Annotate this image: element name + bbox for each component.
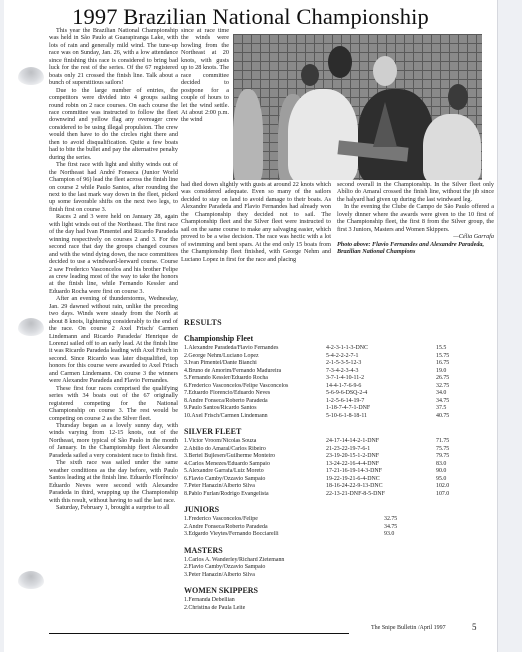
table-row: 5.Fernando Kessler/Eduardo Rocha3-7-1-4-… [184, 375, 504, 383]
binder-hole [18, 571, 44, 589]
article-paragraph: This year the Brazilian National Champio… [49, 27, 178, 87]
table-row: 6.Flavio Camby/Ozzavio Sampaio19-22-19-2… [184, 476, 504, 484]
footer-rule [49, 633, 349, 634]
table-row: 8.Andre Fonseca/Roberto Paradeda1-2-5-6-… [184, 398, 504, 406]
table-row: 7.Eduardo Florencio/Eduardo Neves5-6-9-6… [184, 390, 504, 398]
champion-figure-left [288, 89, 358, 180]
article-column-1: This year the Brazilian National Champio… [49, 27, 178, 511]
table-row: 3.Ivan Pimentel/Dante Bianchi2-1-5-3-5-1… [184, 360, 504, 368]
results-section: RESULTS Championship Fleet 1.Alexandre P… [184, 318, 504, 612]
person-figure [423, 114, 481, 180]
silver-fleet-heading: SILVER FLEET [184, 427, 504, 436]
article-paragraph: Saturday, February 1, brought a surprise… [49, 504, 178, 511]
table-row: 1.Victor Vroom/Nicolas Souza24-17-14-14-… [184, 438, 504, 446]
article-paragraph: second overall in the Championship. In t… [337, 181, 494, 203]
table-row: 8.Pablo Furlan/Rodrigo Evangelista22-13-… [184, 491, 504, 499]
masters-heading: MASTERS [184, 546, 504, 555]
table-row: 4.Bruno de Amorim/Fernando Madureira7-3-… [184, 368, 504, 376]
photo-caption: Photo above: Flavio Fernandes and Alexan… [337, 241, 494, 256]
article-paragraph: Due to the large number of entries, the … [49, 87, 178, 162]
table-row: 2.Andre Fonseca/Roberto Paradeda34.75 [184, 524, 504, 532]
table-row: 9.Paulo Santos/Ricardo Santos1-18-7-4-7-… [184, 405, 504, 413]
binder-hole [18, 67, 44, 85]
table-row: 3.Bertel Bujlesen/Guilherme Monteiro23-1… [184, 453, 504, 461]
juniors-heading: JUNIORS [184, 505, 504, 514]
person-figure [233, 89, 263, 180]
table-row: 3.Edgardo Vieytes/Fernando Bocciarelli93… [184, 531, 504, 539]
person-head [328, 46, 352, 78]
trophy-sail [373, 102, 397, 147]
table-row: 2.Abilio do Amaral/Carlos Ribeiro21-23-2… [184, 446, 504, 454]
women-skippers-table: 1.Fernanda Debellian 2.Christina de Paul… [184, 597, 504, 612]
table-row: 7.Peter Hanazin/Alberto Silva18-16-24-22… [184, 483, 504, 491]
person-head [301, 64, 319, 86]
table-row: 6.Frederico Vasconcelos/Felipe Vasconcel… [184, 383, 504, 391]
table-row: 1.Alexandre Paradeda/Flavio Fernandes4-2… [184, 345, 504, 353]
table-row: 1.Carlos A. Wanderley/Richard Zietemann [184, 557, 504, 565]
document-page: 1997 Brazilian National Championship Thi… [4, 0, 498, 652]
article-paragraph: The sixth race was sailed under the same… [49, 459, 178, 504]
article-paragraph: Thursday began as a lovely sunny day, wi… [49, 422, 178, 459]
article-column-2: had died down slightly with gusts at aro… [181, 181, 331, 263]
table-row: 1.Frederico Vasconcelos/Felipe32.75 [184, 516, 504, 524]
page-number: 5 [472, 622, 477, 632]
championship-fleet-table: 1.Alexandre Paradeda/Flavio Fernandes4-2… [184, 345, 504, 420]
person-head [373, 56, 397, 86]
article-narrow-column: since at race time the winds were howlin… [181, 27, 229, 124]
juniors-table: 1.Frederico Vasconcelos/Felipe32.75 2.An… [184, 516, 504, 539]
table-row: 4.Carlos Menezes/Eduardo Sampaio13-24-22… [184, 461, 504, 469]
author-signature: —Célia Garrafa [337, 233, 494, 240]
table-row: 2.George Nehm/Luciano Lopez5-4-2-2-2-7-1… [184, 353, 504, 361]
person-head [448, 84, 468, 110]
article-paragraph: Races 2 and 3 were held on January 28, a… [49, 213, 178, 295]
table-row: 2.Flavio Camby/Ozzavio Sampaio [184, 564, 504, 572]
article-paragraph: In the evening the Clube de Campo de São… [337, 203, 494, 233]
article-paragraph: since at race time the winds were howlin… [181, 27, 229, 124]
article-paragraph: These first four races comprised the qua… [49, 385, 178, 422]
binder-hole [18, 318, 44, 336]
table-row: 1.Fernanda Debellian [184, 597, 504, 605]
table-row: 10.Axel Frisch/Carmen Lindemann5-10-6-1-… [184, 413, 504, 421]
table-row: 5.Alexandre Garrafa/Luiz Moreto17-21-16-… [184, 468, 504, 476]
article-paragraph: The first race with light and shifty win… [49, 161, 178, 213]
table-row: 2.Christina de Paula Leite [184, 605, 504, 613]
championship-fleet-heading: Championship Fleet [184, 334, 504, 343]
table-row: 3.Peter Hanazin/Alberto Silva [184, 572, 504, 580]
champions-photo [233, 34, 482, 180]
results-heading: RESULTS [184, 318, 504, 327]
viewer-background [498, 0, 522, 652]
publication-footer: The Snipe Bulletin /April 1997 [371, 625, 446, 631]
article-paragraph: had died down slightly with gusts at aro… [181, 181, 331, 263]
silver-fleet-table: 1.Victor Vroom/Nicolas Souza24-17-14-14-… [184, 438, 504, 498]
masters-table: 1.Carlos A. Wanderley/Richard Zietemann … [184, 557, 504, 580]
article-paragraph: After an evening of thunderstorms, Wedne… [49, 295, 178, 384]
article-column-3: second overall in the Championship. In t… [337, 181, 494, 256]
women-skippers-heading: WOMEN SKIPPERS [184, 586, 504, 595]
